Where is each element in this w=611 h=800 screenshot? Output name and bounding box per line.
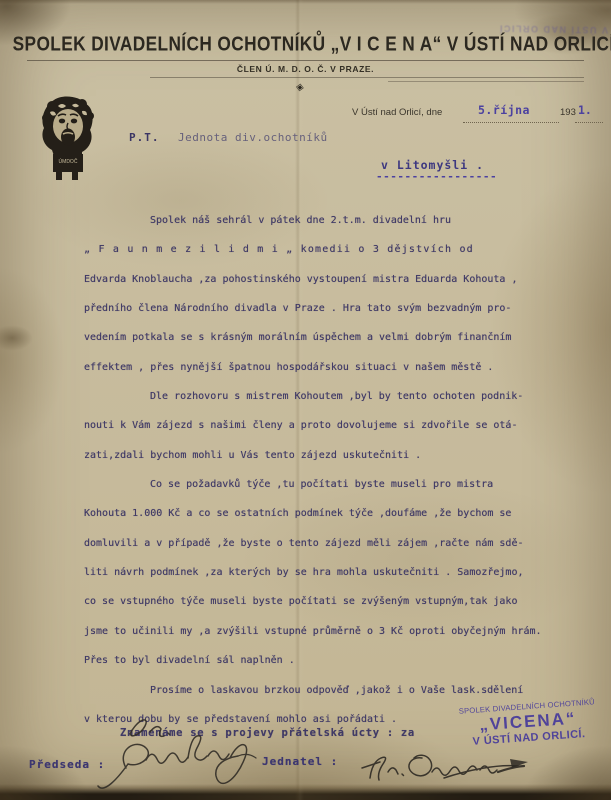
dateline-printed-year: 193 — [560, 107, 576, 118]
recipient-place-underline: ----------------- — [376, 170, 497, 183]
dateline-dotted-tail — [575, 121, 603, 123]
letterhead-rule-short — [388, 81, 584, 82]
body-line: „ F a u n m e z i l i d m i „ komedii o … — [84, 235, 570, 264]
recipient-name: Jednota div.ochotníků — [178, 131, 328, 144]
body-line: co se vstupného týče museli byste počíta… — [84, 587, 570, 616]
secretary-signature — [348, 744, 533, 796]
chairman-label: Předseda : — [29, 758, 105, 771]
body-line: Edvarda Knoblaucha ,za pohostinského vys… — [84, 265, 570, 294]
letter-body: Spolek náš sehrál v pátek dne 2.t.m. div… — [84, 206, 570, 734]
comedy-mask-logo-icon: ÚMDOČ — [36, 96, 100, 182]
dateline-typed-date: 5.října — [478, 103, 530, 117]
body-line: jsme to učinili my ,a zvýšili vstupné pr… — [84, 617, 570, 646]
body-line: liti návrh podmínek ,za kterých by se hr… — [84, 558, 570, 587]
body-line: effektem , přes nynější špatnou hospodář… — [84, 353, 570, 382]
secretary-label: Jednatel : — [262, 755, 338, 768]
body-line: předního člena Národního divadla v Praze… — [84, 294, 570, 323]
letterhead-subtitle: ČLEN Ú. M. D. O. Č. V PRAZE. — [0, 64, 611, 74]
letterhead-rule-mid — [150, 77, 584, 78]
body-line: Prosíme o laskavou brzkou odpověď ,jakož… — [84, 676, 570, 705]
body-line: Co se požadavků týče ,tu počítati byste … — [84, 470, 570, 499]
dateline-typed-year-digit: 1. — [578, 103, 592, 117]
body-line: Spolek náš sehrál v pátek dne 2.t.m. div… — [84, 206, 570, 235]
body-line: domluvili a v případě ,že byste o tento … — [84, 529, 570, 558]
body-line: vedením potkala se s krásným morálním ús… — [84, 323, 570, 352]
body-line: Kohouta 1.000 Kč a co se ostatních podmí… — [84, 499, 570, 528]
body-line: Dle rozhovoru s mistrem Kohoutem ,byl by… — [84, 382, 570, 411]
letter-document: SPOLEK DIVADELNÍCH OCHOTNÍKŮ „V I C E N … — [0, 0, 611, 800]
body-line: nouti k Vám zájezd s našimi členy a prot… — [84, 411, 570, 440]
letterhead-rule-top — [27, 60, 584, 61]
recipient-salutation: P.T. — [129, 131, 160, 144]
dateline-dotted-leader — [463, 121, 559, 123]
closing-line: Znamenáme se s projevy přátelská úcty : … — [120, 727, 415, 739]
body-line: Přes to byl divadelní sál naplněn . — [84, 646, 570, 675]
dateline-printed-prefix: V Ústí nad Orlicí, dne — [352, 107, 442, 118]
diamond-ornament-icon: ◈ — [295, 82, 304, 94]
body-line: zati,zdali bychom mohli u Vás tento záje… — [84, 441, 570, 470]
logo-caption: ÚMDOČ — [59, 158, 78, 165]
letterhead-title: SPOLEK DIVADELNÍCH OCHOTNÍKŮ „V I C E N … — [0, 34, 611, 55]
